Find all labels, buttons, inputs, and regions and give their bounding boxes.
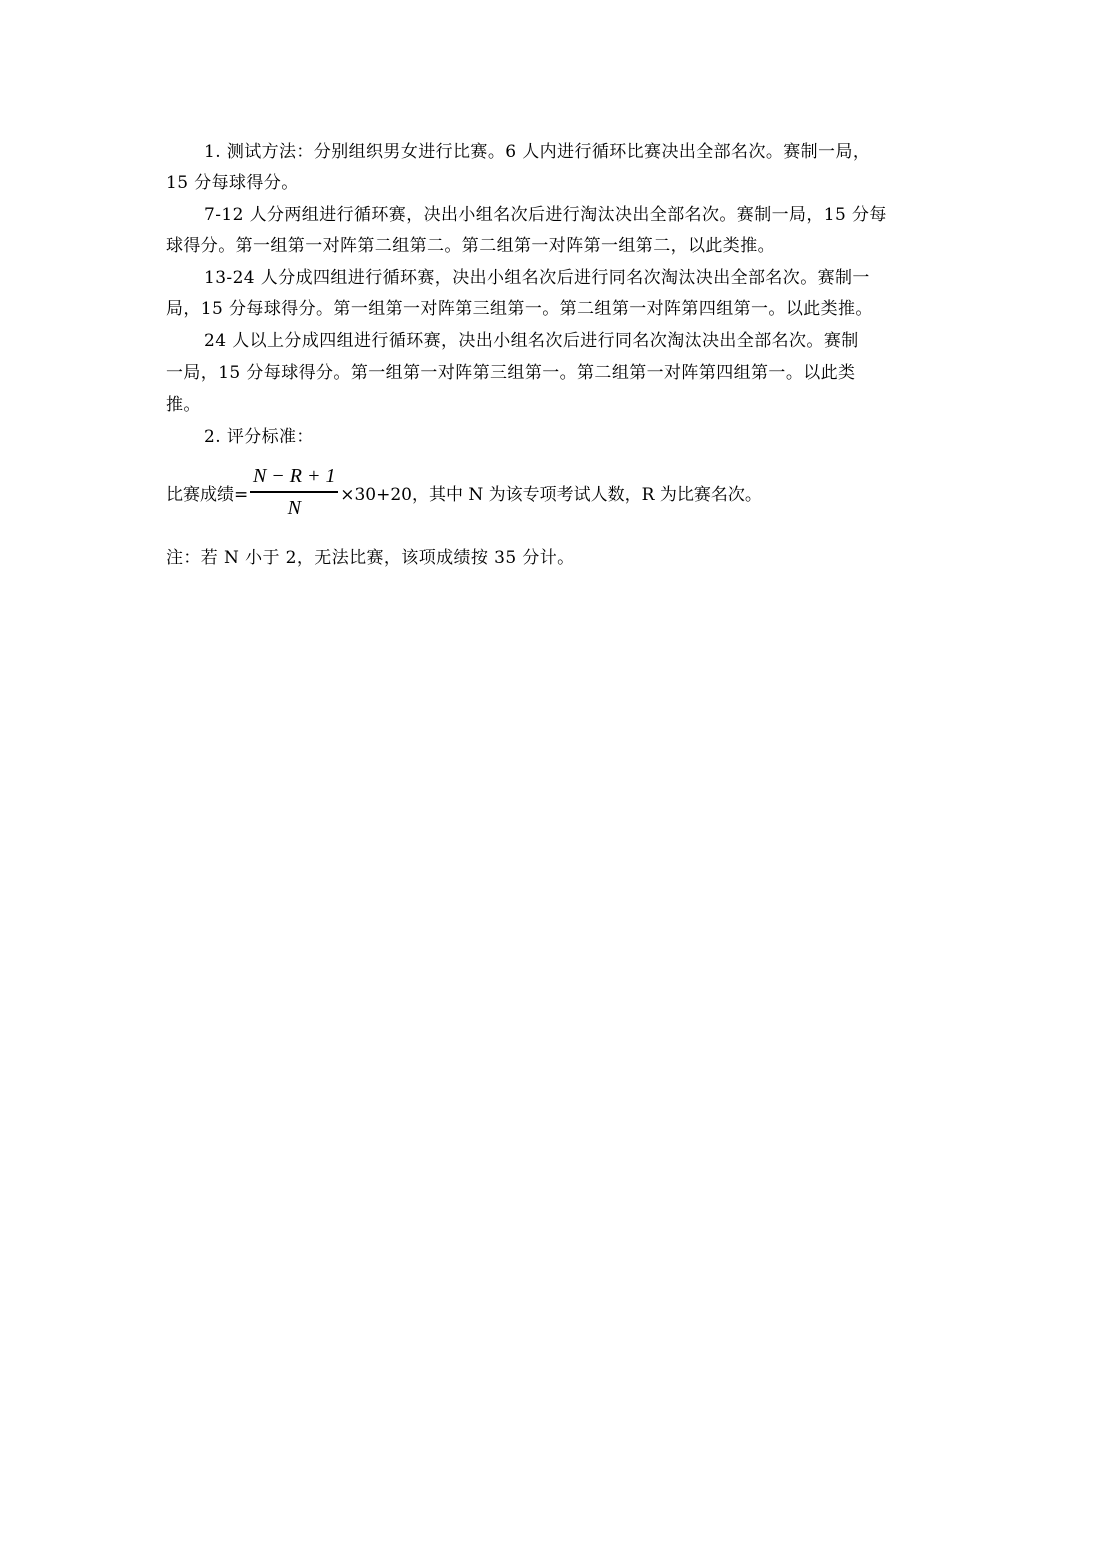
note: 注：若 N 小于 2，无法比赛，该项成绩按 35 分计。 xyxy=(166,548,575,568)
formula-numerator: N − R + 1 xyxy=(253,463,336,489)
formula-fraction: N − R + 1 N xyxy=(250,463,338,521)
formula-denominator: N xyxy=(288,495,301,521)
para2-line2: 球得分。第一组第一对阵第二组第二。第二组第一对阵第一组第二，以此类推。 xyxy=(166,236,775,256)
para3-line1: 13-24 人分成四组进行循环赛，决出小组名次后进行同名次淘汰决出全部名次。赛制… xyxy=(204,268,870,288)
para2-line1: 7-12 人分两组进行循环赛，决出小组名次后进行淘汰决出全部名次。赛制一局，15… xyxy=(204,205,887,225)
formula-suffix: ×30+20，其中 N 为该专项考试人数，R 为比赛名次。 xyxy=(340,480,762,505)
para1-line2: 15 分每球得分。 xyxy=(166,173,299,193)
formula-label: 比赛成绩= xyxy=(166,480,248,505)
fraction-bar xyxy=(250,491,338,493)
para1-line1: 1. 测试方法：分别组织男女进行比赛。6 人内进行循环比赛决出全部名次。赛制一局… xyxy=(204,142,870,162)
para4-line1: 24 人以上分成四组进行循环赛，决出小组名次后进行同名次淘汰决出全部名次。赛制 xyxy=(204,331,859,351)
score-formula: 比赛成绩= N − R + 1 N ×30+20，其中 N 为该专项考试人数，R… xyxy=(166,462,762,522)
para3-line2: 局，15 分每球得分。第一组第一对阵第三组第一。第二组第一对阵第四组第一。以此类… xyxy=(166,299,873,319)
para4-line2: 一局，15 分每球得分。第一组第一对阵第三组第一。第二组第一对阵第四组第一。以此… xyxy=(166,363,855,383)
para4-line3: 推。 xyxy=(166,395,201,415)
section2-heading: 2. 评分标准： xyxy=(204,427,314,447)
